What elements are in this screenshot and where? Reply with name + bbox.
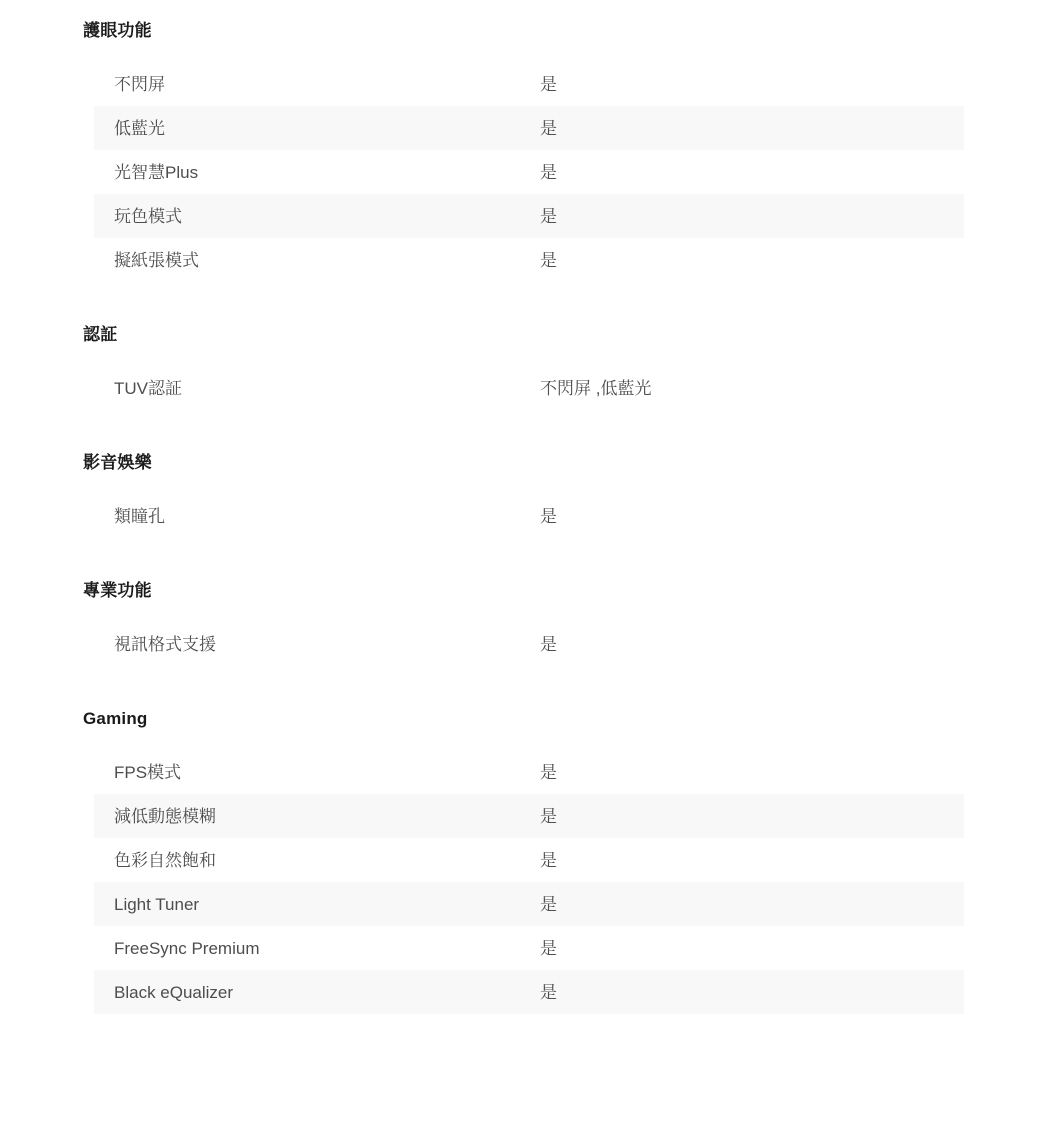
- spec-value: 是: [540, 984, 964, 1001]
- spec-label: 光智慧Plus: [114, 164, 540, 181]
- spec-row: Light Tuner 是: [94, 882, 964, 926]
- spec-value: 是: [540, 208, 964, 225]
- section-rows: 視訊格式支援 是: [94, 622, 964, 666]
- spec-section: 認証 TUV認証 不閃屏 ,低藍光: [83, 326, 964, 410]
- spec-row: FreeSync Premium 是: [94, 926, 964, 970]
- spec-label: 減低動態模糊: [114, 808, 540, 825]
- section-title: 專業功能: [83, 582, 964, 600]
- section-title: Gaming: [83, 710, 964, 728]
- spec-value: 是: [540, 808, 964, 825]
- spec-row: FPS模式 是: [94, 750, 964, 794]
- section-rows: 不閃屏 是 低藍光 是 光智慧Plus 是 玩色模式 是 擬紙張模式 是: [94, 62, 964, 282]
- spec-value: 是: [540, 896, 964, 913]
- spec-section: 專業功能 視訊格式支援 是: [83, 582, 964, 666]
- spec-label: 色彩自然飽和: [114, 852, 540, 869]
- spec-value: 是: [540, 940, 964, 957]
- spec-label: Black eQualizer: [114, 984, 540, 1001]
- spec-value: 是: [540, 764, 964, 781]
- spec-label: 玩色模式: [114, 208, 540, 225]
- spec-row: 擬紙張模式 是: [94, 238, 964, 282]
- spec-section: Gaming FPS模式 是 減低動態模糊 是 色彩自然飽和 是 Light T…: [83, 710, 964, 1014]
- spec-row: 減低動態模糊 是: [94, 794, 964, 838]
- spec-value: 是: [540, 508, 964, 525]
- spec-row: 不閃屏 是: [94, 62, 964, 106]
- section-title: 護眼功能: [83, 22, 964, 40]
- spec-label: 擬紙張模式: [114, 252, 540, 269]
- spec-row: 光智慧Plus 是: [94, 150, 964, 194]
- spec-value: 是: [540, 636, 964, 653]
- section-rows: TUV認証 不閃屏 ,低藍光: [94, 366, 964, 410]
- spec-value: 是: [540, 164, 964, 181]
- spec-label: TUV認証: [114, 380, 540, 397]
- spec-value: 是: [540, 852, 964, 869]
- spec-label: 類瞳孔: [114, 508, 540, 525]
- spec-section: 影音娛樂 類瞳孔 是: [83, 454, 964, 538]
- spec-label: Light Tuner: [114, 896, 540, 913]
- spec-value: 不閃屏 ,低藍光: [540, 380, 964, 397]
- section-title: 影音娛樂: [83, 454, 964, 472]
- spec-value: 是: [540, 76, 964, 93]
- spec-sections-container: 護眼功能 不閃屏 是 低藍光 是 光智慧Plus 是 玩色模式 是 擬紙張模式 …: [0, 22, 1040, 1014]
- spec-label: 不閃屏: [114, 76, 540, 93]
- spec-row: 玩色模式 是: [94, 194, 964, 238]
- spec-value: 是: [540, 252, 964, 269]
- spec-row: TUV認証 不閃屏 ,低藍光: [94, 366, 964, 410]
- spec-table: 護眼功能 不閃屏 是 低藍光 是 光智慧Plus 是 玩色模式 是 擬紙張模式 …: [0, 0, 1040, 1014]
- spec-label: FreeSync Premium: [114, 940, 540, 957]
- spec-value: 是: [540, 120, 964, 137]
- spec-row: Black eQualizer 是: [94, 970, 964, 1014]
- section-title: 認証: [83, 326, 964, 344]
- section-rows: FPS模式 是 減低動態模糊 是 色彩自然飽和 是 Light Tuner 是 …: [94, 750, 964, 1014]
- section-rows: 類瞳孔 是: [94, 494, 964, 538]
- spec-label: FPS模式: [114, 764, 540, 781]
- spec-row: 視訊格式支援 是: [94, 622, 964, 666]
- spec-row: 色彩自然飽和 是: [94, 838, 964, 882]
- spec-row: 低藍光 是: [94, 106, 964, 150]
- spec-label: 視訊格式支援: [114, 636, 540, 653]
- spec-section: 護眼功能 不閃屏 是 低藍光 是 光智慧Plus 是 玩色模式 是 擬紙張模式 …: [83, 22, 964, 282]
- spec-label: 低藍光: [114, 120, 540, 137]
- spec-row: 類瞳孔 是: [94, 494, 964, 538]
